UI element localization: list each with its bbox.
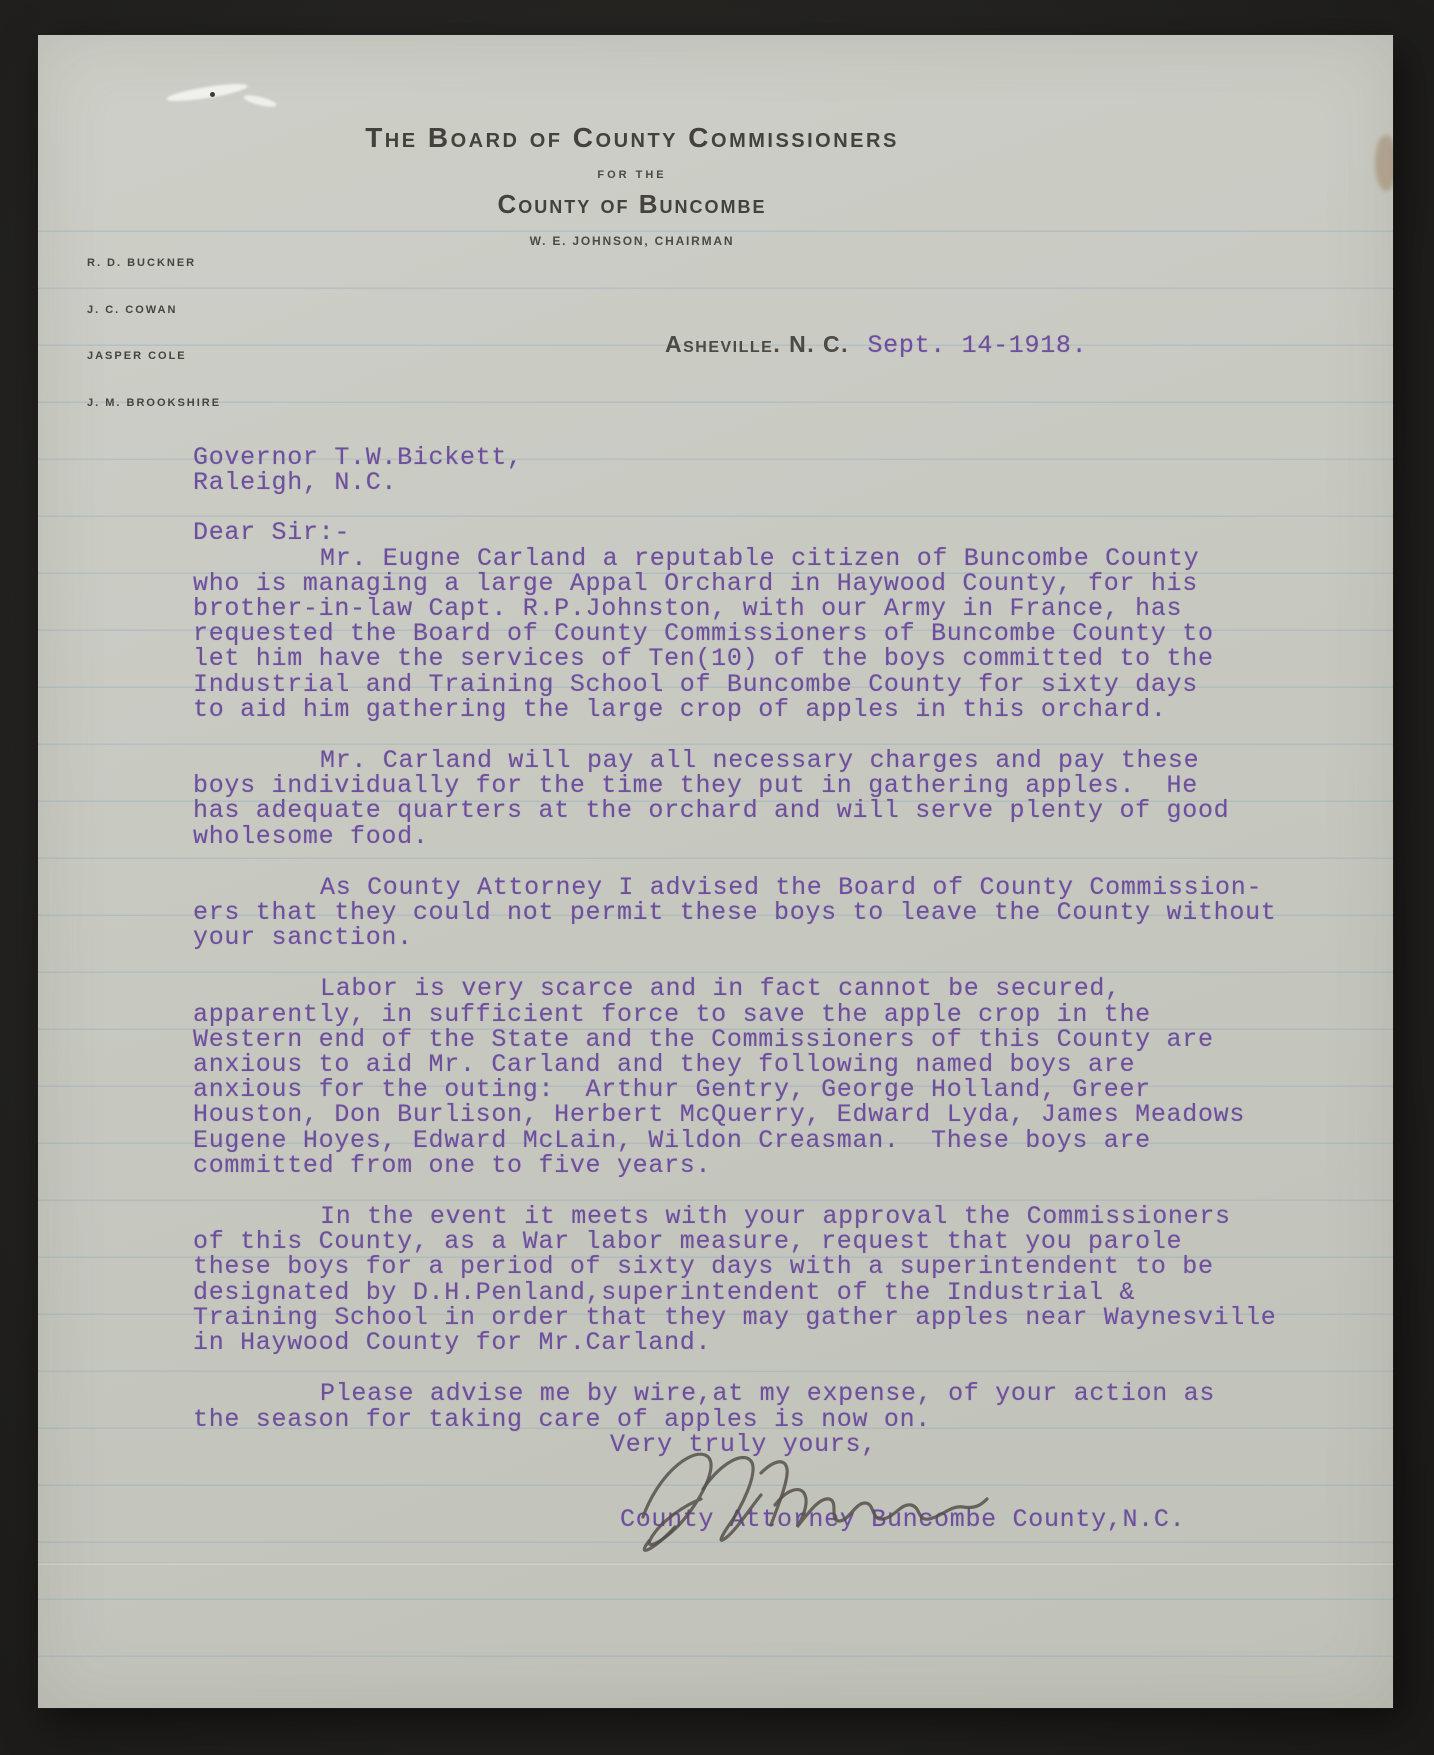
commissioner-name: J. C. COWAN <box>87 303 221 319</box>
letter-body: Governor T.W.Bickett, Raleigh, N.C. Dear… <box>193 445 1308 1532</box>
paragraph-1: Mr. Eugne Carland a reputable citizen of… <box>193 546 1308 722</box>
letterhead-board-title: The Board of County Commissioners <box>292 123 972 153</box>
dateline: Asheville. N. C. Sept. 14-1918. <box>665 331 1087 360</box>
paper-blemish <box>166 81 249 105</box>
paper-blemish <box>243 93 278 109</box>
paper-blemish <box>1375 135 1393 191</box>
paragraph-6: Please advise me by wire,at my expense, … <box>193 1381 1308 1431</box>
paragraph-5: In the event it meets with your approval… <box>193 1204 1308 1355</box>
closing-line: Very truly yours, <box>193 1432 1308 1457</box>
paragraph-4: Labor is very scarce and in fact cannot … <box>193 976 1308 1178</box>
commissioner-name: JASPER COLE <box>87 349 221 365</box>
dateline-typed-date: Sept. 14-1918. <box>867 331 1087 360</box>
commissioner-name: R. D. BUCKNER <box>87 256 221 272</box>
dateline-place: Asheville. N. C. <box>665 331 849 357</box>
fold-crease <box>38 1562 1393 1565</box>
salutation: Dear Sir:- <box>193 520 1308 545</box>
letter-paper: The Board of County Commissioners FOR TH… <box>38 35 1393 1708</box>
letterhead: The Board of County Commissioners FOR TH… <box>292 123 972 248</box>
recipient-address: Governor T.W.Bickett, Raleigh, N.C. <box>193 445 1308 495</box>
paragraph-2: Mr. Carland will pay all necessary charg… <box>193 748 1308 849</box>
letterhead-county-title: County of Buncombe <box>292 190 972 218</box>
commissioner-name: J. M. BROOKSHIRE <box>87 396 221 412</box>
paragraph-3: As County Attorney I advised the Board o… <box>193 875 1308 951</box>
letterhead-for-the: FOR THE <box>292 169 972 181</box>
letterhead-chairman: W. E. JOHNSON, CHAIRMAN <box>292 234 972 248</box>
signer-title: County Attorney Buncombe County,N.C. <box>193 1507 1308 1532</box>
commissioners-list: R. D. BUCKNER J. C. COWAN JASPER COLE J.… <box>87 225 221 442</box>
paper-blemish <box>210 92 215 97</box>
